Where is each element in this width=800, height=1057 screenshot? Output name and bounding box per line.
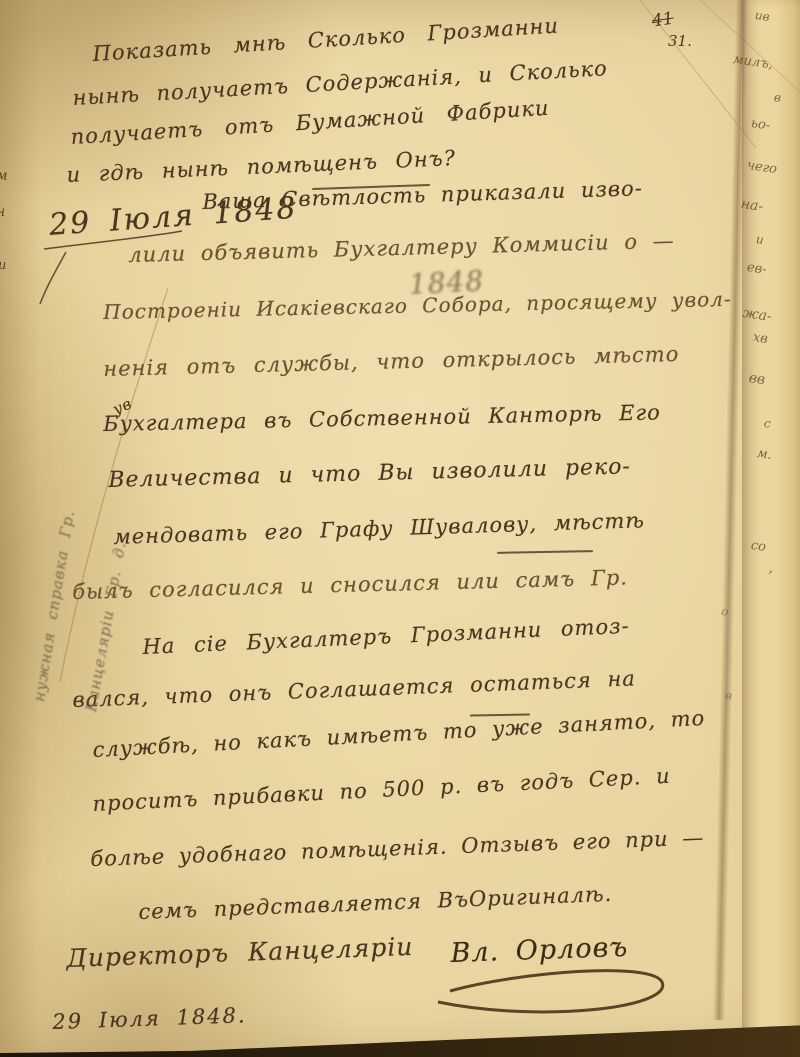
manuscript-line: службѣ, но какъ имѣетъ то уже занято, то [92,706,706,762]
manuscript-line: Ваша Свѣтлость приказали изво- [202,176,643,214]
edge-fragment: со [750,538,767,555]
manuscript-line: На сіе Бухгалтеръ Грозманни отоз- [142,614,630,659]
left-edge-mark: и [0,258,6,273]
manuscript-line: лили объявить Бухгалтеру Коммисіи о — [128,229,675,267]
edge-fragment: ев- [746,260,768,278]
manuscript-line: былъ согласился и сносился или самъ Гр. [72,565,628,604]
edge-fragment: вв [748,370,766,388]
edge-fragment: о [721,604,730,619]
closing-title: Директоръ Канцеляріи [66,932,414,973]
left-edge-mark: м [0,168,8,184]
edge-fragment: ив [754,8,771,24]
signature-flourish [438,971,663,1012]
manuscript-line: вался, что онъ Соглашается остаться на [72,666,636,712]
folio-number-new: 31. [668,32,692,50]
edge-fragment: в [725,688,733,703]
edge-fragment: м. [756,446,773,463]
manuscript-line: ненія отъ службы, что открылось мѣсто [103,342,680,381]
manuscript-line: болѣе удобнаго помѣщенія. Отзывъ его при… [90,826,705,871]
edge-fragment: на- [740,196,764,215]
manuscript-line: Показать мнѣ Сколько Грозманни [92,13,560,65]
date-flourish [40,252,66,304]
manuscript-line: проситъ прибавки по 500 р. въ годъ Сер. … [92,764,671,816]
manuscript-line: Величества и что Вы изволили реко- [108,454,631,493]
manuscript-line: Бухгалтера въ Собственной Канторѣ Его [103,400,661,436]
signature: Вл. Орловъ [450,932,629,969]
manuscript-line: и гдѣ нынѣ помѣщенъ Онъ? [66,146,456,187]
folio-number-old: 41 [651,9,675,32]
left-edge-mark: н [0,204,5,220]
manuscript-line: Построеніи Исакіевскаго Собора, просящем… [103,287,732,324]
edge-fragment: хв [752,330,769,347]
manuscript-line: семъ представляется ВъОригиналѣ. [138,882,613,924]
bottom-date: 29 Іюля 1848. [52,1003,247,1034]
manuscript-line: мендовать его Графу Шувалову, мѣстѣ [113,508,645,549]
edge-fragment: ьо- [750,116,771,134]
pencil-note: нужная справка Гр. [30,509,78,703]
manuscript-page: 1848 41 31. 29 Іюля 1848 Показать мнѣ Ск… [0,0,800,1057]
ink-underline [497,550,593,554]
